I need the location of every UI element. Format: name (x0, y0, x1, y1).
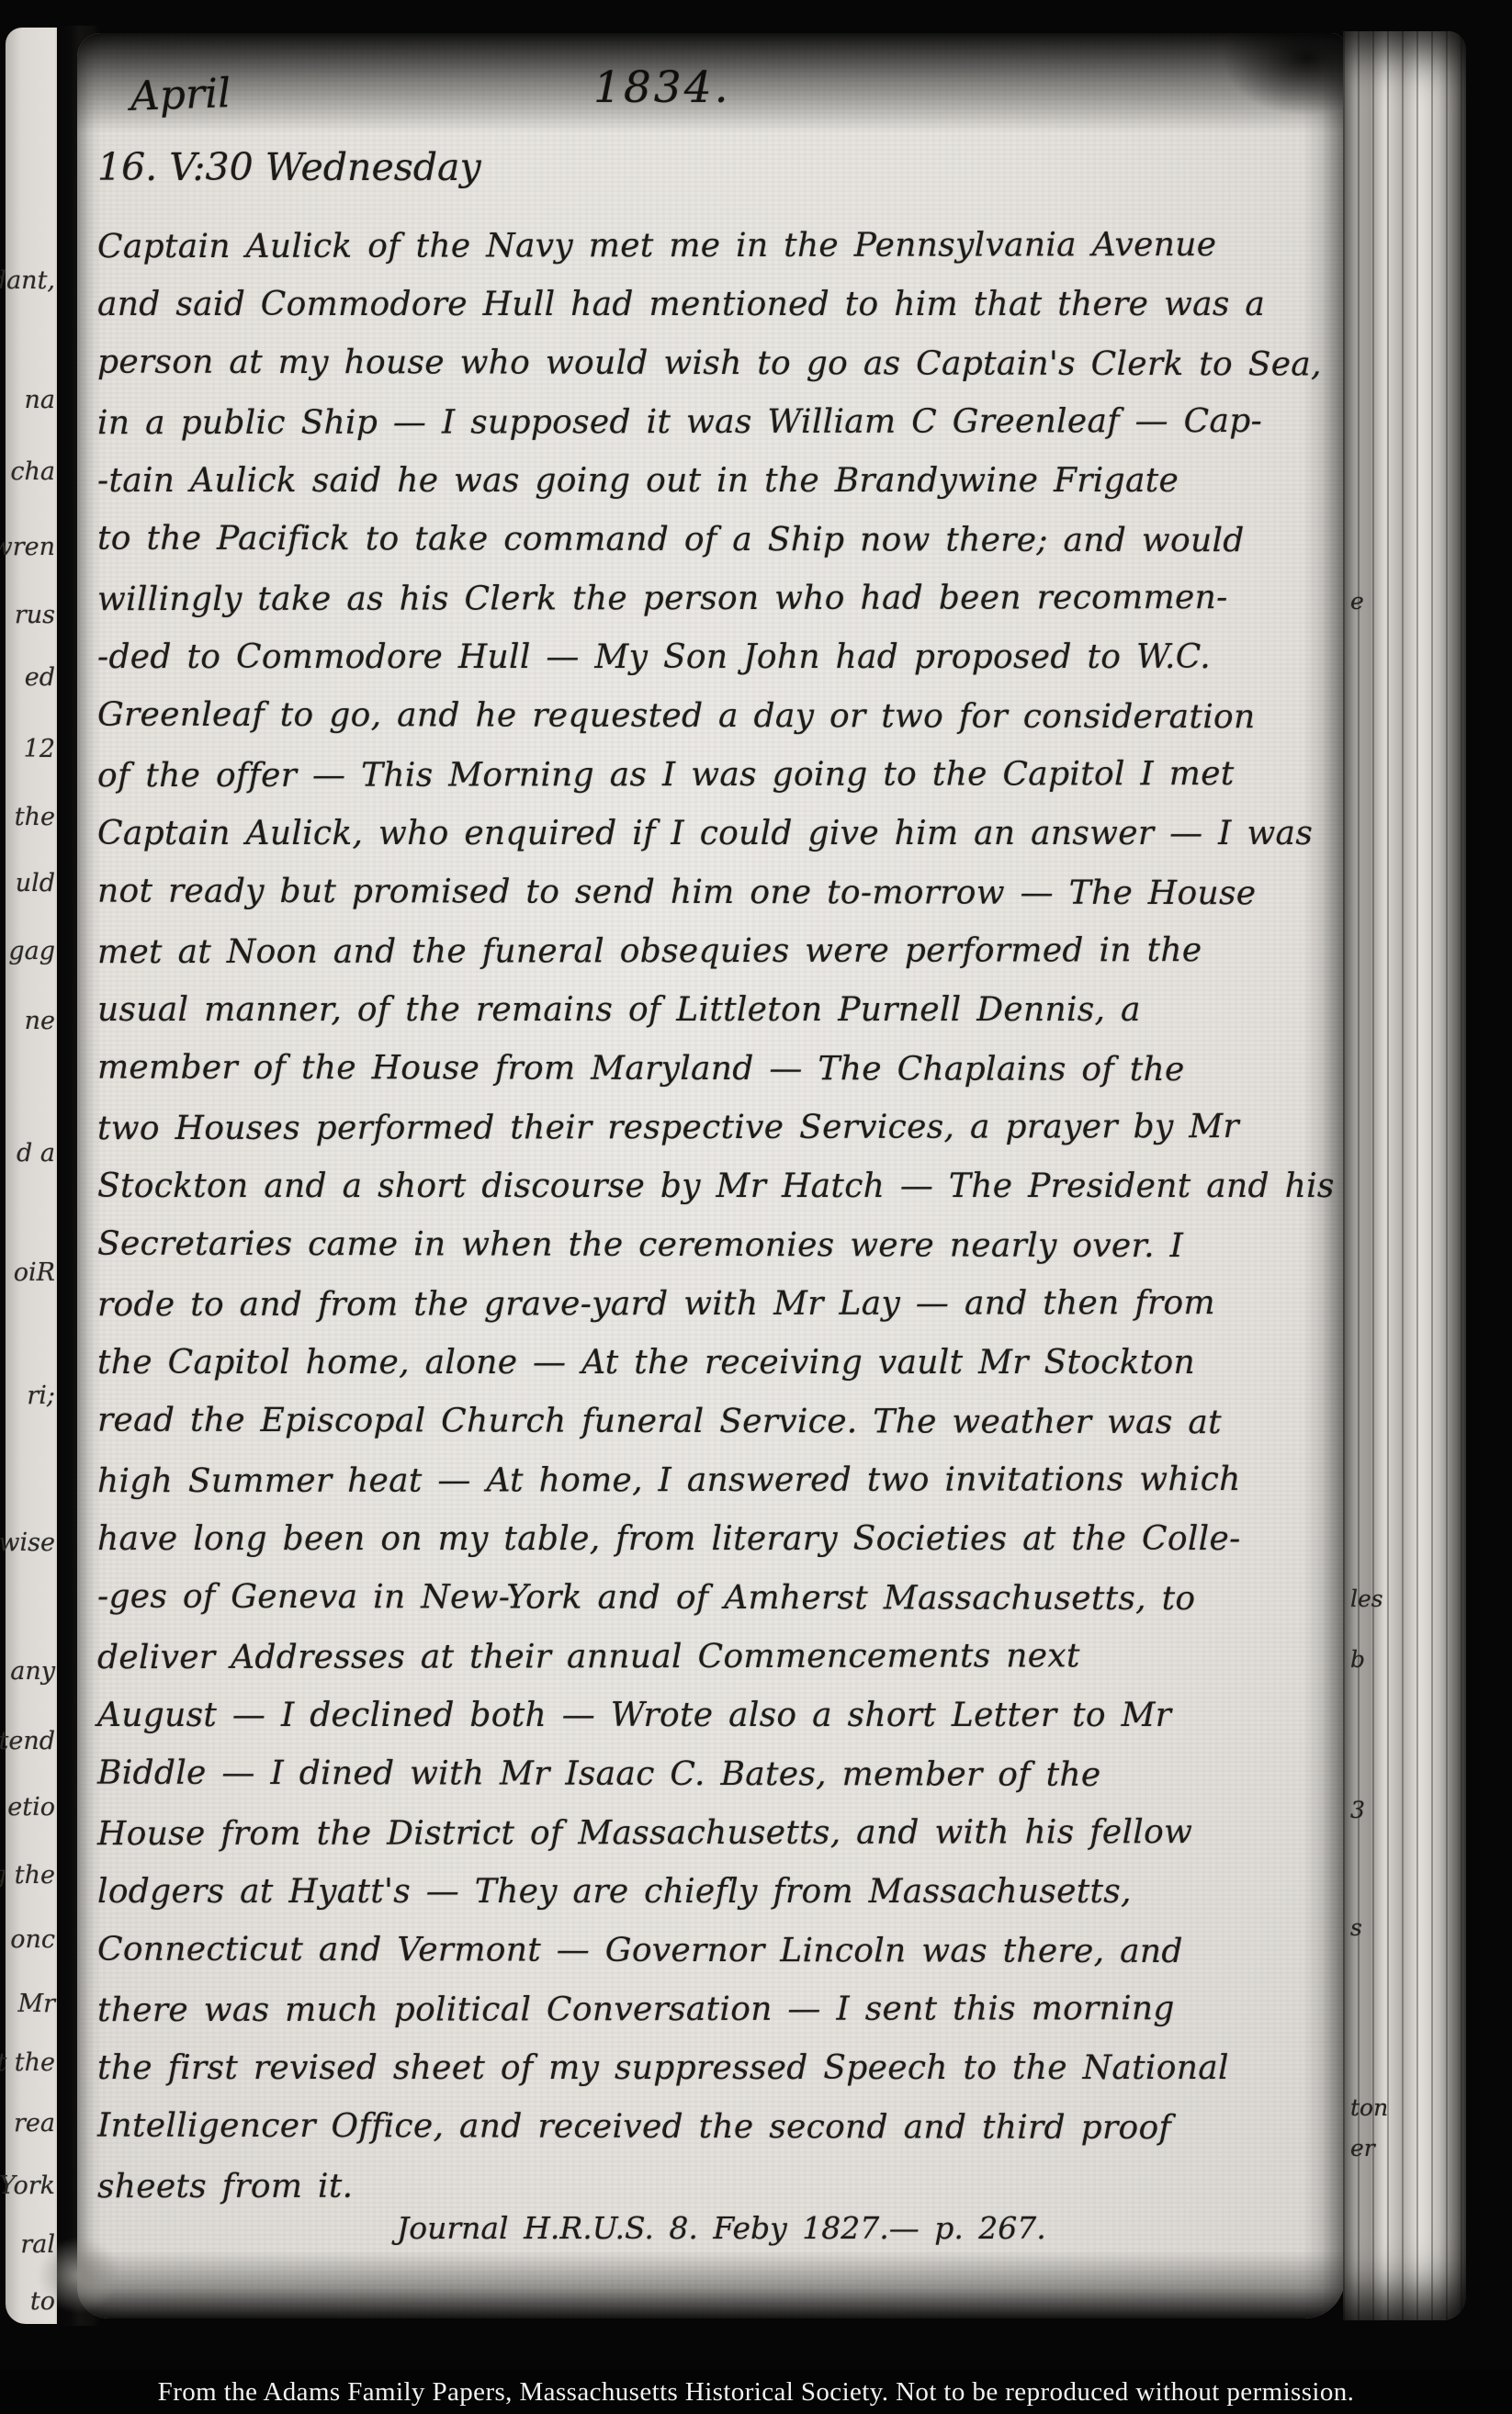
entry-citation: Journal H.R.U.S. 8. Feby 1827.— p. 267. (397, 2210, 1046, 2246)
left-margin-fragment: ne (25, 1009, 55, 1033)
entry-line: read the Episcopal Church funeral Servic… (97, 1392, 1333, 1453)
right-margin-fragment: les (1350, 1587, 1383, 1610)
left-margin-fragment: dant, (0, 268, 55, 293)
left-margin-fragment: onc (10, 1927, 55, 1952)
left-margin-fragment: wise (0, 1530, 55, 1555)
entry-line: two Houses performed their respective Se… (97, 1098, 1333, 1158)
page-header-month: April (130, 70, 231, 120)
left-margin-fragment: ed (25, 665, 55, 690)
left-margin-fragment: etio (7, 1795, 55, 1820)
entry-line: House from the District of Massachusetts… (97, 1803, 1333, 1864)
caption-text: From the Adams Family Papers, Massachuse… (158, 2377, 1355, 2408)
left-margin-fragment: rea (14, 2111, 55, 2136)
left-margin-fragment: tend (0, 1729, 55, 1754)
manuscript-scan: dant,nachawrenrused12theuldgagned aoiRri… (0, 0, 1512, 2414)
entry-line: the Capitol home, alone — At the receivi… (97, 1334, 1333, 1393)
entry-line: there was much political Conversation — … (97, 1980, 1333, 2040)
left-margin-fragment: York (0, 2173, 55, 2198)
left-margin-fragment: oiR (14, 1260, 55, 1285)
left-margin-fragment: cha (10, 459, 55, 484)
entry-line: not ready but promised to send him one t… (97, 863, 1333, 924)
entry-line: Connecticut and Vermont — Governor Linco… (97, 1921, 1333, 1982)
right-margin-fragment: ton (1350, 2096, 1388, 2119)
right-margin-fragment: 3 (1350, 1799, 1365, 1822)
entry-line: met at Noon and the funeral obsequies we… (97, 921, 1333, 982)
left-margin-fragment: rus (15, 603, 55, 627)
entry-line: -tain Aulick said he was going out in th… (97, 452, 1333, 511)
entry-line: rode to and from the grave-yard with Mr … (97, 1274, 1333, 1335)
entry-line: -ges of Geneva in New-York and of Amhers… (97, 1568, 1333, 1630)
left-margin-fragment: Mr (17, 1991, 55, 2016)
entry-line: willingly take as his Clerk the person w… (97, 569, 1333, 629)
facing-page-strip: dant,nachawrenrused12theuldgagned aoiRri… (6, 28, 57, 2324)
right-margin-fragment: b (1350, 1648, 1365, 1671)
right-margin-fragment: er (1350, 2137, 1375, 2160)
entry-line: person at my house who would wish to go … (97, 333, 1333, 395)
entry-line: usual manner, of the remains of Littleto… (97, 981, 1333, 1040)
entry-line: have long been on my table, from literar… (97, 1510, 1333, 1569)
entry-line: Secretaries came in when the ceremonies … (97, 1215, 1333, 1277)
left-margin-fragment: ri; (27, 1383, 55, 1408)
left-margin-fragment: d a (17, 1141, 55, 1166)
left-margin-fragment: wren (0, 535, 55, 559)
entry-line: member of the House from Maryland — The … (97, 1039, 1333, 1100)
entry-line: lodgers at Hyatt's — They are chiefly fr… (97, 1863, 1333, 1922)
entry-line: Biddle — I dined with Mr Isaac C. Bates,… (97, 1744, 1333, 1806)
page-bottom-shadow (77, 2250, 1345, 2318)
caption-bar: From the Adams Family Papers, Massachuse… (0, 2370, 1512, 2414)
entry-line: August — I declined both — Wrote also a … (97, 1686, 1333, 1745)
entry-line: Captain Aulick of the Navy met me in the… (97, 216, 1333, 276)
entry-line: Stockton and a short discourse by Mr Hat… (97, 1157, 1333, 1216)
page-edge-stack: elesb3stoner (1343, 31, 1466, 2320)
left-margin-fragment: 12 (24, 737, 55, 761)
entry-line: to the Pacifick to take command of a Shi… (97, 510, 1333, 571)
left-margin-fragment: na (25, 388, 56, 412)
entry-line: of the offer — This Morning as I was goi… (97, 745, 1333, 806)
right-margin-fragment: s (1350, 1916, 1362, 1939)
entry-line: and said Commodore Hull had mentioned to… (97, 276, 1333, 334)
left-margin-fragment: g the (0, 1863, 55, 1888)
left-margin-fragment: any (10, 1659, 55, 1684)
entry-line: Captain Aulick, who enquired if I could … (97, 805, 1333, 863)
entry-line: Greenleaf to go, and he requested a day … (97, 686, 1333, 748)
entry-line: the first revised sheet of my suppressed… (97, 2039, 1333, 2098)
left-margin-fragment: uld (16, 871, 55, 896)
entry-line: sheets from it. (97, 2156, 1333, 2217)
left-margin-fragment: ral (20, 2232, 55, 2257)
left-margin-fragment: the (15, 805, 55, 829)
entry-line: in a public Ship — I supposed it was Wil… (97, 392, 1333, 453)
entry-date-line: 16. V:30 Wednesday (97, 145, 481, 189)
left-margin-fragment: t the (0, 2050, 55, 2075)
entry-line: -ded to Commodore Hull — My Son John had… (97, 628, 1333, 687)
right-margin-fragment: e (1350, 590, 1364, 613)
left-margin-fragment: to (30, 2289, 55, 2314)
entry-line: deliver Addresses at their annual Commen… (97, 1627, 1333, 1687)
entry-body: Captain Aulick of the Navy met me in the… (97, 217, 1333, 2216)
left-margin-fragment: gag (8, 939, 55, 964)
entry-line: high Summer heat — At home, I answered t… (97, 1450, 1333, 1511)
diary-page: April 1834. 16. V:30 Wednesday Captain A… (77, 33, 1345, 2318)
entry-line: Intelligencer Office, and received the s… (97, 2097, 1333, 2159)
page-header-year: 1834. (593, 62, 731, 113)
